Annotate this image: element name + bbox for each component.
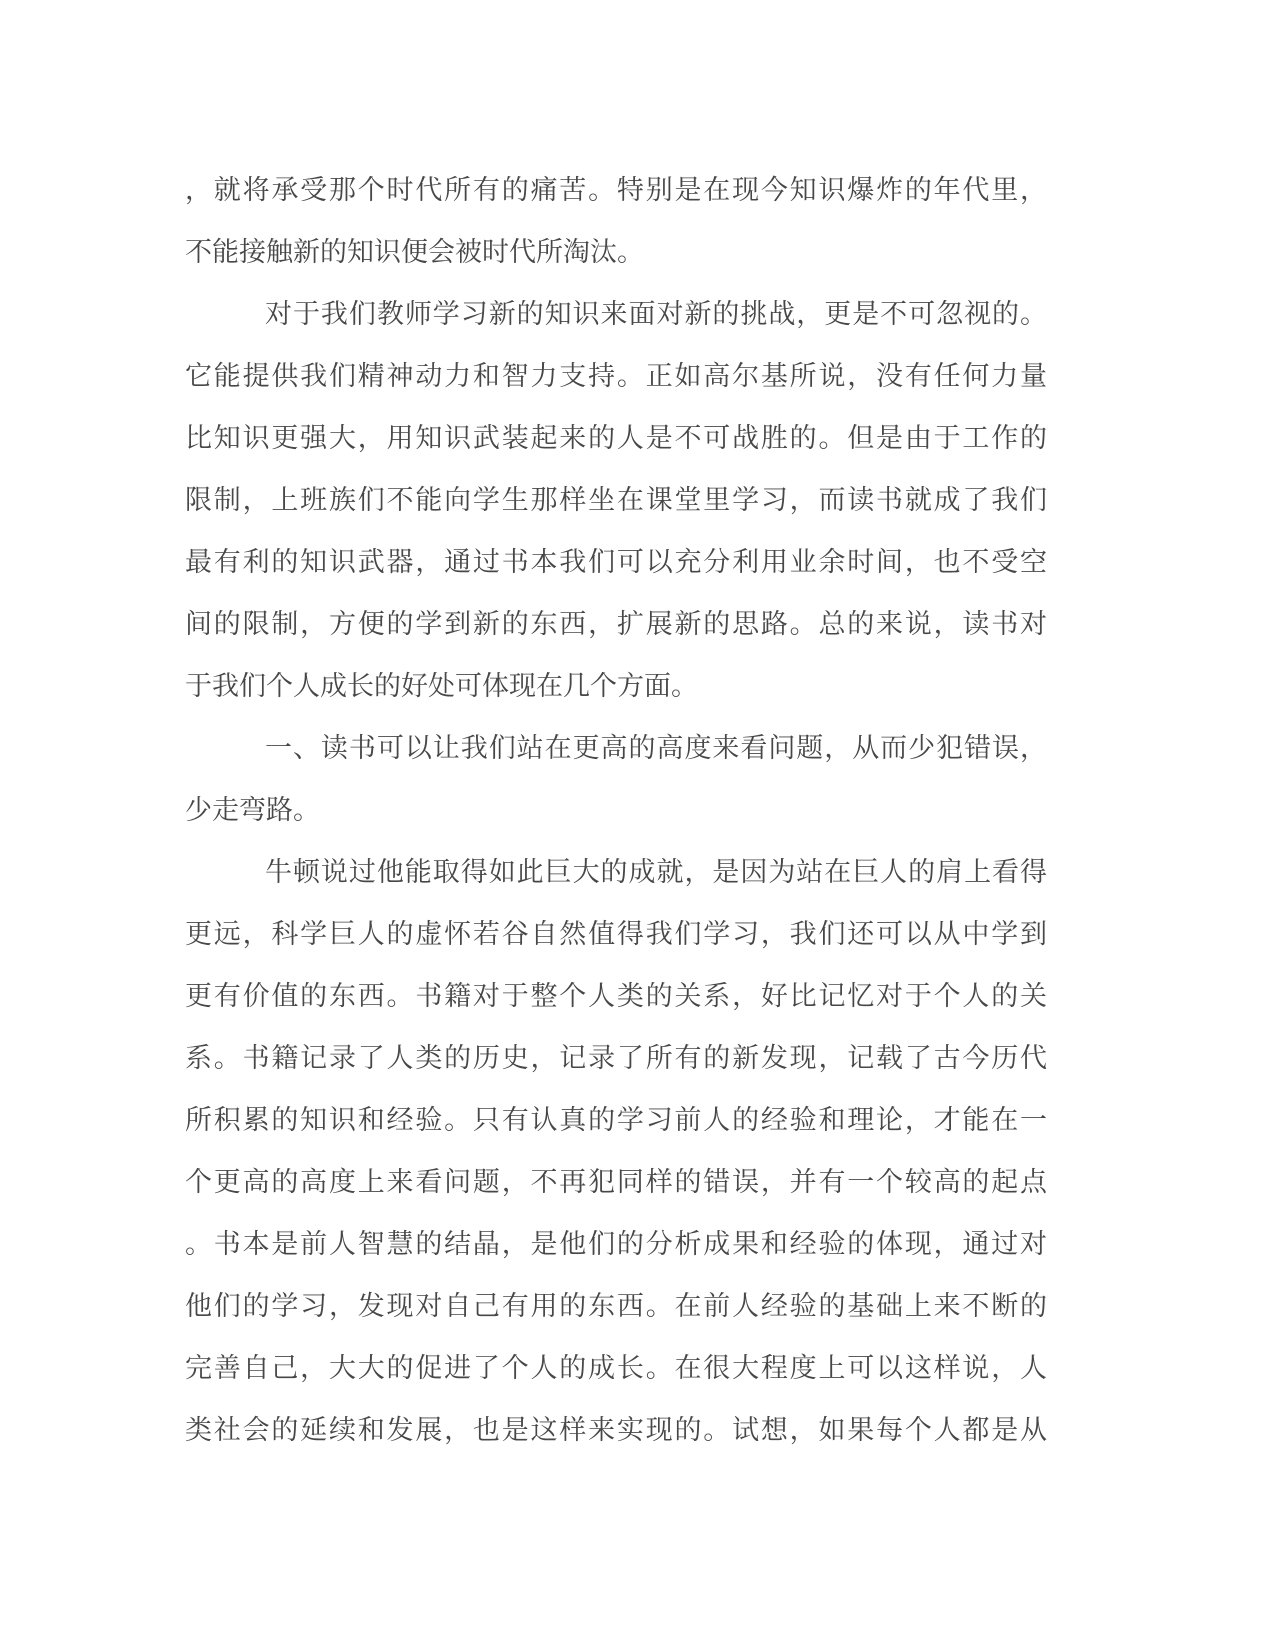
document-page: ，就将承受那个时代所有的痛苦。特别是在现今知识爆炸的年代里， 不能接触新的知识便…: [0, 0, 1275, 1650]
text-line: 所积累的知识和经验。只有认真的学习前人的经验和理论，才能在一: [185, 1089, 1047, 1151]
text-line: 系。书籍记录了人类的历史，记录了所有的新发现，记载了古今历代: [185, 1027, 1047, 1089]
text-line: 更有价值的东西。书籍对于整个人类的关系，好比记忆对于个人的关: [185, 965, 1047, 1027]
text-line: 对于我们教师学习新的知识来面对新的挑战，更是不可忽视的。: [185, 283, 1047, 345]
text-line: 完善自己，大大的促进了个人的成长。在很大程度上可以这样说，人: [185, 1337, 1047, 1399]
text-line: 类社会的延续和发展，也是这样来实现的。试想，如果每个人都是从: [185, 1399, 1047, 1461]
text-line: 更远，科学巨人的虚怀若谷自然值得我们学习，我们还可以从中学到: [185, 903, 1047, 965]
text-line: ，就将承受那个时代所有的痛苦。特别是在现今知识爆炸的年代里，: [185, 159, 1047, 221]
text-line: 比知识更强大，用知识武装起来的人是不可战胜的。但是由于工作的: [185, 407, 1047, 469]
text-line: 它能提供我们精神动力和智力支持。正如高尔基所说，没有任何力量: [185, 345, 1047, 407]
paragraph: 对于我们教师学习新的知识来面对新的挑战，更是不可忽视的。 它能提供我们精神动力和…: [185, 283, 1047, 717]
text-line: 间的限制，方便的学到新的东西，扩展新的思路。总的来说，读书对: [185, 593, 1047, 655]
text-line: 于我们个人成长的好处可体现在几个方面。: [185, 655, 1047, 717]
text-line: 少走弯路。: [185, 779, 1047, 841]
document-body-text: ，就将承受那个时代所有的痛苦。特别是在现今知识爆炸的年代里， 不能接触新的知识便…: [185, 159, 1047, 1461]
paragraph: 一、读书可以让我们站在更高的高度来看问题，从而少犯错误， 少走弯路。: [185, 717, 1047, 841]
text-line: 限制，上班族们不能向学生那样坐在课堂里学习，而读书就成了我们: [185, 469, 1047, 531]
text-line: 牛顿说过他能取得如此巨大的成就，是因为站在巨人的肩上看得: [185, 841, 1047, 903]
text-line: 。书本是前人智慧的结晶，是他们的分析成果和经验的体现，通过对: [185, 1213, 1047, 1275]
text-line: 最有利的知识武器，通过书本我们可以充分利用业余时间，也不受空: [185, 531, 1047, 593]
text-line: 不能接触新的知识便会被时代所淘汰。: [185, 221, 1047, 283]
text-line: 一、读书可以让我们站在更高的高度来看问题，从而少犯错误，: [185, 717, 1047, 779]
text-line: 个更高的高度上来看问题，不再犯同样的错误，并有一个较高的起点: [185, 1151, 1047, 1213]
text-line: 他们的学习，发现对自己有用的东西。在前人经验的基础上来不断的: [185, 1275, 1047, 1337]
paragraph: ，就将承受那个时代所有的痛苦。特别是在现今知识爆炸的年代里， 不能接触新的知识便…: [185, 159, 1047, 283]
paragraph: 牛顿说过他能取得如此巨大的成就，是因为站在巨人的肩上看得 更远，科学巨人的虚怀若…: [185, 841, 1047, 1461]
